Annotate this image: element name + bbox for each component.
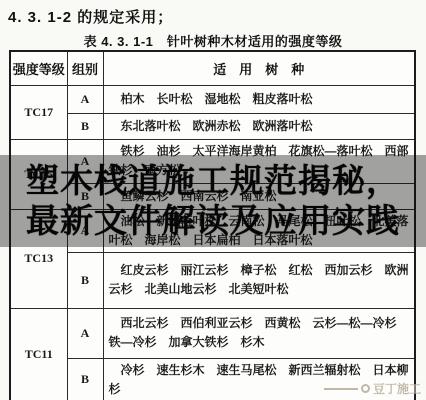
table-row: B 东北落叶松 欧洲赤松 欧洲落叶松	[10, 113, 415, 139]
species-cell: 柏木 长叶松 湿地松 粗皮落叶松	[103, 85, 415, 113]
table-row: B 红皮云杉 丽江云杉 樟子松 红松 西加云杉 欧洲云杉 北美山地云杉 北美短叶…	[10, 252, 415, 308]
group-cell: B	[67, 113, 103, 139]
watermark-logo-icon	[361, 384, 370, 393]
group-cell: A	[67, 308, 103, 358]
group-cell: B	[67, 358, 103, 400]
title-banner-overlay: 塑木栈道施工规范揭秘， 最新文件解读及应用实践	[0, 155, 426, 247]
table-row: TC11 A 西北云杉 西伯利亚云杉 西黄松 云杉—松—冷杉 铁—冷杉 加拿大铁…	[10, 308, 415, 358]
watermark-dash	[324, 388, 358, 390]
header-group: 组别	[67, 51, 103, 85]
watermark-text: 豆丁施工	[373, 380, 421, 397]
species-cell: 红皮云杉 丽江云杉 樟子松 红松 西加云杉 欧洲云杉 北美山地云杉 北美短叶松	[103, 252, 415, 308]
clause-text: 4. 3. 1-2 的规定采用；	[8, 6, 173, 27]
banner-title-line2: 最新文件解读及应用实践	[26, 201, 400, 241]
document-page: 4. 3. 1-2 的规定采用； 表 4. 3. 1-1 针叶树种木材适用的强度…	[0, 0, 426, 400]
species-cell: 东北落叶松 欧洲赤松 欧洲落叶松	[103, 113, 415, 139]
table-title: 表 4. 3. 1-1 针叶树种木材适用的强度等级	[0, 31, 426, 50]
table-header-row: 强度等级 组别 适 用 树 种	[10, 51, 415, 85]
group-cell: A	[67, 85, 103, 113]
species-cell: 西北云杉 西伯利亚云杉 西黄松 云杉—松—冷杉 铁—冷杉 加拿大铁杉 杉木	[103, 308, 415, 358]
header-species: 适 用 树 种	[103, 51, 415, 85]
group-cell: B	[67, 252, 103, 308]
table-row: TC17 A 柏木 长叶松 湿地松 粗皮落叶松	[10, 85, 415, 113]
watermark: 豆丁施工	[324, 380, 421, 397]
grade-cell: TC11	[10, 308, 67, 400]
banner-title-line1: 塑木栈道施工规范揭秘，	[26, 161, 400, 201]
header-grade: 强度等级	[10, 51, 67, 85]
grade-cell: TC17	[10, 85, 67, 139]
